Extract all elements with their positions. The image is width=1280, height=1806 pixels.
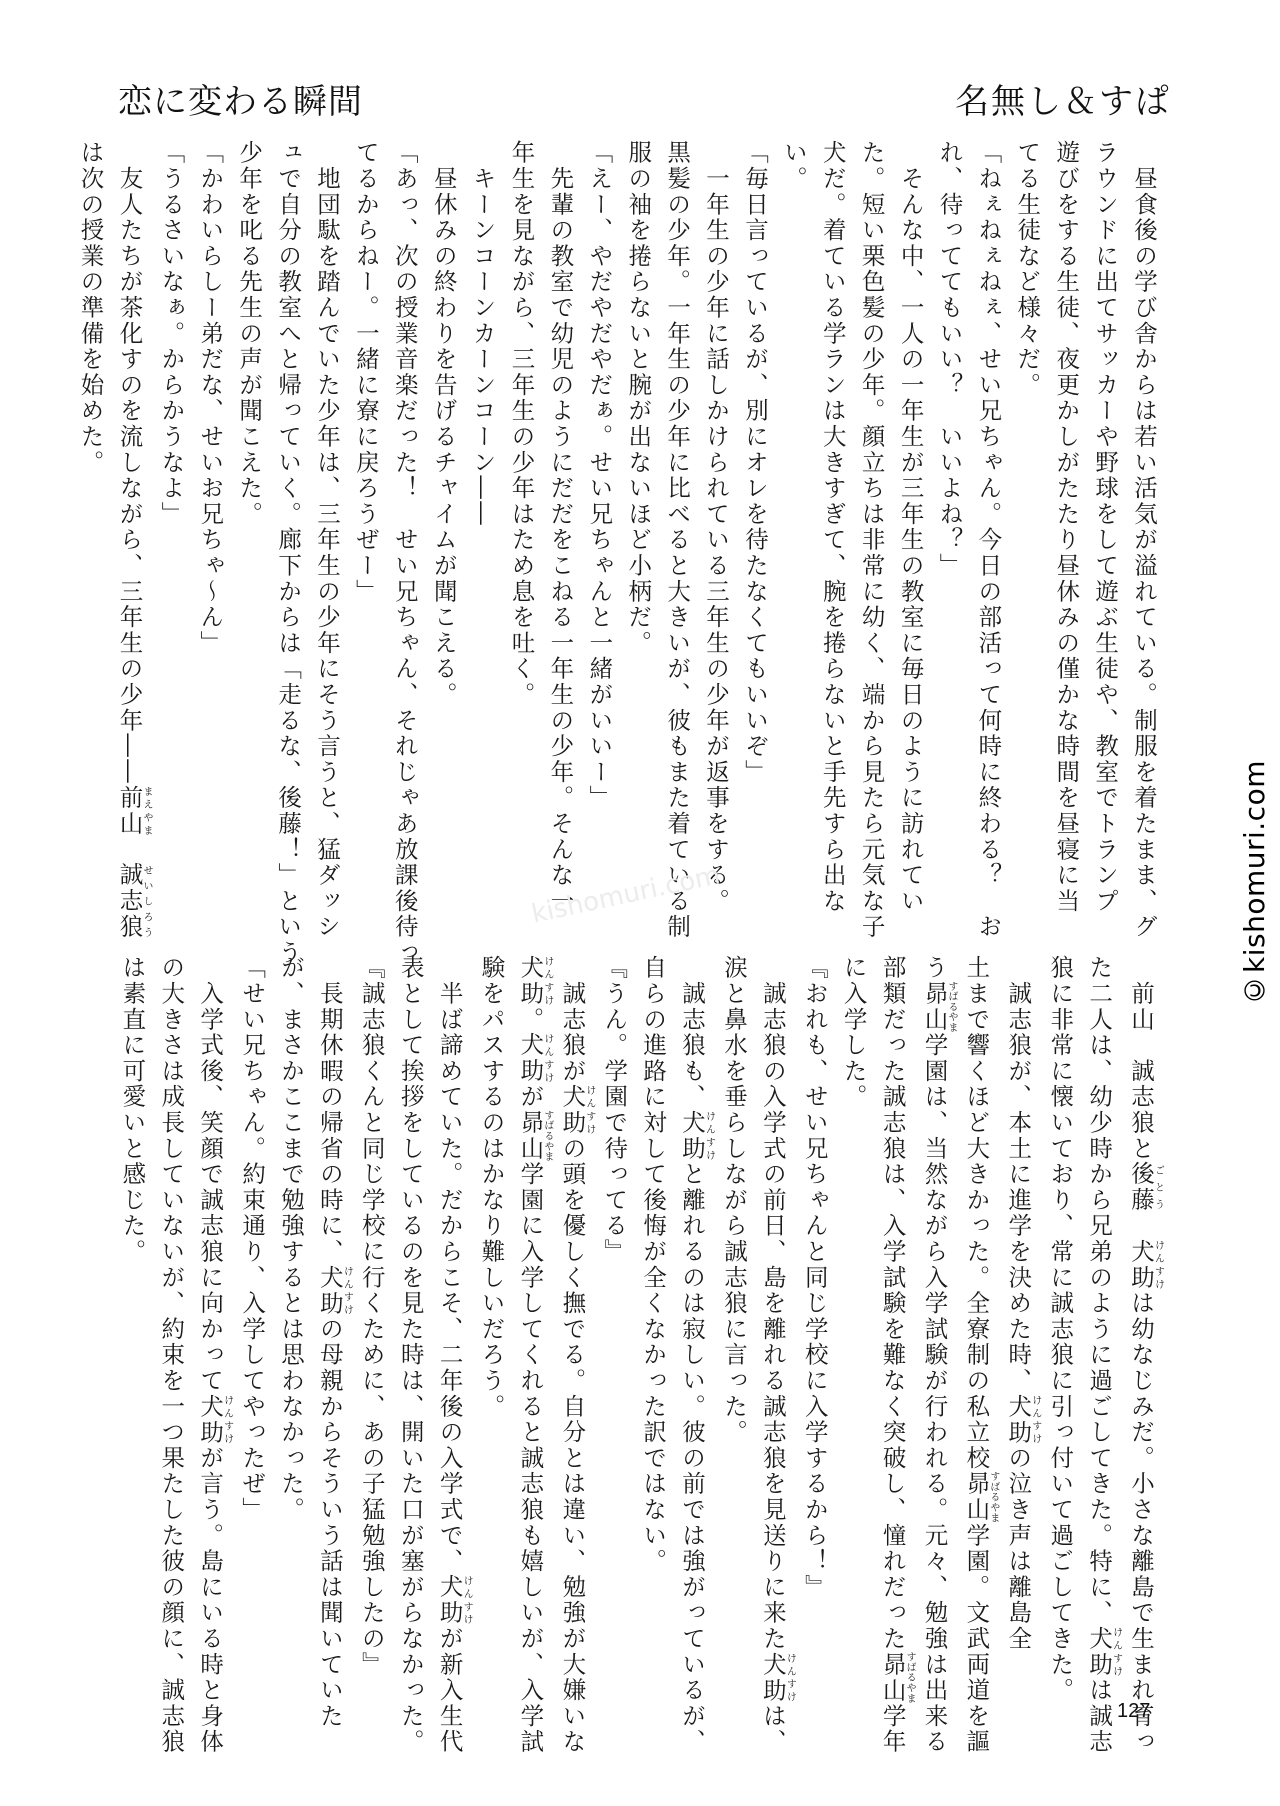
text-column: 一年生の少年に話しかけられている三年生の少年が返事をする。	[696, 140, 735, 850]
text-column: キーンコーンカーンコーン――	[463, 140, 502, 850]
text-column: 昼食後の学び舎からは若い活気が溢れている。制服を着たまま、グ	[1124, 140, 1163, 850]
text-column: 入学式後、笑顔で誠志狼に向かって犬助けんすけが言う。島にいる時と身体	[190, 955, 232, 1670]
text-column: 誠志狼が犬助けんすけの頭を優しく撫でる。自分とは違い、勉強が大嫌いな	[552, 955, 594, 1670]
text-column: 昼休みの終わりを告げるチャイムが聞こえる。	[424, 140, 463, 850]
text-column: た。短い栗色髪の少年。顔立ちは非常に幼く、端から見たら元気な子	[852, 140, 891, 850]
text-column: ュで自分の教室へと帰っていく。廊下からは「走るな、後藤！」という	[268, 140, 307, 850]
text-column: 年生を見ながら、三年生の少年はため息を吐く。	[502, 140, 541, 850]
text-column: ラウンドに出てサッカーや野球をして遊ぶ生徒や、教室でトランプ	[1085, 140, 1124, 850]
text-column: てるからねー。一緒に寮に戻ろうぜー」	[346, 140, 385, 850]
text-column: 誠志狼も、犬助けんすけと離れるのは寂しい。彼の前では強がっているが、	[672, 955, 714, 1670]
text-column: 地団駄を踏んでいた少年は、三年生の少年にそう言うと、猛ダッシ	[307, 140, 346, 850]
text-column: 先輩の教室で幼児のようにだだをこねる一年生の少年。そんな一	[541, 140, 580, 850]
text-column: 「えー、やだやだやだぁ。せい兄ちゃんと一緒がいいー」	[579, 140, 618, 850]
book-title: 恋に変わる瞬間	[118, 74, 363, 123]
author-name: 名無し＆すぱ	[955, 74, 1171, 123]
text-column: 「せい兄ちゃん。約束通り、入学してやったぜ」	[232, 955, 271, 1670]
text-column: 少年を叱る先生の声が聞こえた。	[229, 140, 268, 850]
text-column: 「あっ、次の授業音楽だった！ せい兄ちゃん、それじゃあ放課後待っ	[385, 140, 424, 850]
text-column: 友人たちが茶化すのを流しながら、三年生の少年――前山まえやま 誠志狼せいしろう	[110, 140, 152, 850]
bottom-text-block: 前山 誠志狼と後藤ごとう 犬助けんすけは幼なじみだ。小さな離島で生まれ育った二人…	[112, 955, 1163, 1670]
text-column: が、まさかここまで勉強するとは思わなかった。	[271, 955, 310, 1670]
side-watermark: ©kishomuri.com	[1238, 760, 1271, 1006]
text-column: は次の授業の準備を始めた。	[71, 140, 110, 850]
text-column: は素直に可愛いと感じた。	[112, 955, 151, 1670]
text-column: 「かわいらしー弟だな、せいお兄ちゃ～ん」	[190, 140, 229, 850]
text-column: 『誠志狼くんと同じ学校に行くために、あの子猛勉強したの』	[352, 955, 391, 1670]
text-column: 『おれも、せい兄ちゃんと同じ学校に入学するから！』	[795, 955, 834, 1670]
text-column: 『うん。学園で待ってる』	[594, 955, 633, 1670]
text-column: 半ば諦めていた。だからこそ、二年後の入学式で、犬助けんすけが新入生代	[430, 955, 472, 1670]
top-text-block: 昼食後の学び舎からは若い活気が溢れている。制服を着たまま、グラウンドに出てサッカ…	[71, 140, 1163, 850]
text-column: 前山 誠志狼と後藤ごとう 犬助けんすけは幼なじみだ。小さな離島で生まれ育っ	[1121, 955, 1163, 1670]
text-column: 誠志狼が、本土に進学を決めた時、犬助けんすけの泣き声は離島全	[998, 955, 1040, 1670]
text-column: そんな中、一人の一年生が三年生の教室に毎日のように訪れてい	[891, 140, 930, 850]
page-number: 127	[1117, 1700, 1150, 1723]
text-column: 部類だった誠志狼は、入学試験を難なく突破し、憧れだった昴山すばるやま学年	[873, 955, 915, 1670]
text-column: 「うるさいなぁ。からかうなよ」	[151, 140, 190, 850]
text-column: 誠志狼の入学式の前日、島を離れる誠志狼を見送りに来た犬助けんすけは、	[753, 955, 795, 1670]
text-column: 犬だ。着ている学ランは大きすぎて、腕を捲らないと手先すら出な	[813, 140, 852, 850]
text-column: 表として挨拶をしているのを見た時は、開いた口が塞がらなかった。	[391, 955, 430, 1670]
text-column: 服の袖を捲らないと腕が出ないほど小柄だ。	[618, 140, 657, 850]
text-column: た二人は、幼少時から兄弟のように過ごしてきた。特に、犬助けんすけは誠志	[1079, 955, 1121, 1670]
text-column: れ、待っててもいい？ いいよね？」	[930, 140, 969, 850]
text-column: てる生徒など様々だ。	[1007, 140, 1046, 850]
text-column: 「ねぇねぇねぇ、せい兄ちゃん。今日の部活って何時に終わる？ お	[968, 140, 1007, 850]
text-column: の大きさは成長していないが、約束を一つ果たした彼の顔に、誠志狼	[151, 955, 190, 1670]
text-column: 遊びをする生徒、夜更かしがたたり昼休みの僅かな時間を昼寝に当	[1046, 140, 1085, 850]
text-column: 自らの進路に対して後悔が全くなかった訳ではない。	[633, 955, 672, 1670]
text-column: う昴山すばるやま学園は、当然ながら入学試験が行われる。元々、勉強は出来る	[915, 955, 957, 1670]
text-column: 黒髪の少年。一年生の少年に比べると大きいが、彼もまた着ている制	[657, 140, 696, 850]
text-column: に入学した。	[834, 955, 873, 1670]
text-column: 長期休暇の帰省の時に、犬助けんすけの母親からそういう話は聞いていた	[310, 955, 352, 1670]
text-column: 涙と鼻水を垂らしながら誠志狼に言った。	[714, 955, 753, 1670]
text-column: 土まで響くほど大きかった。全寮制の私立校昴山すばるやま学園。文武両道を謳	[956, 955, 998, 1670]
text-column: 験をパスするのはかなり難しいだろう。	[472, 955, 511, 1670]
text-column: 犬助けんすけ。犬助けんすけが昴山すばるやま学園に入学してくれると誠志狼も嬉しいが…	[511, 955, 553, 1670]
text-column: い。	[774, 140, 813, 850]
text-column: 「毎日言っているが、別にオレを待たなくてもいいぞ」	[735, 140, 774, 850]
text-column: 狼に非常に懐いており、常に誠志狼に引っ付いて過ごしてきた。	[1040, 955, 1079, 1670]
